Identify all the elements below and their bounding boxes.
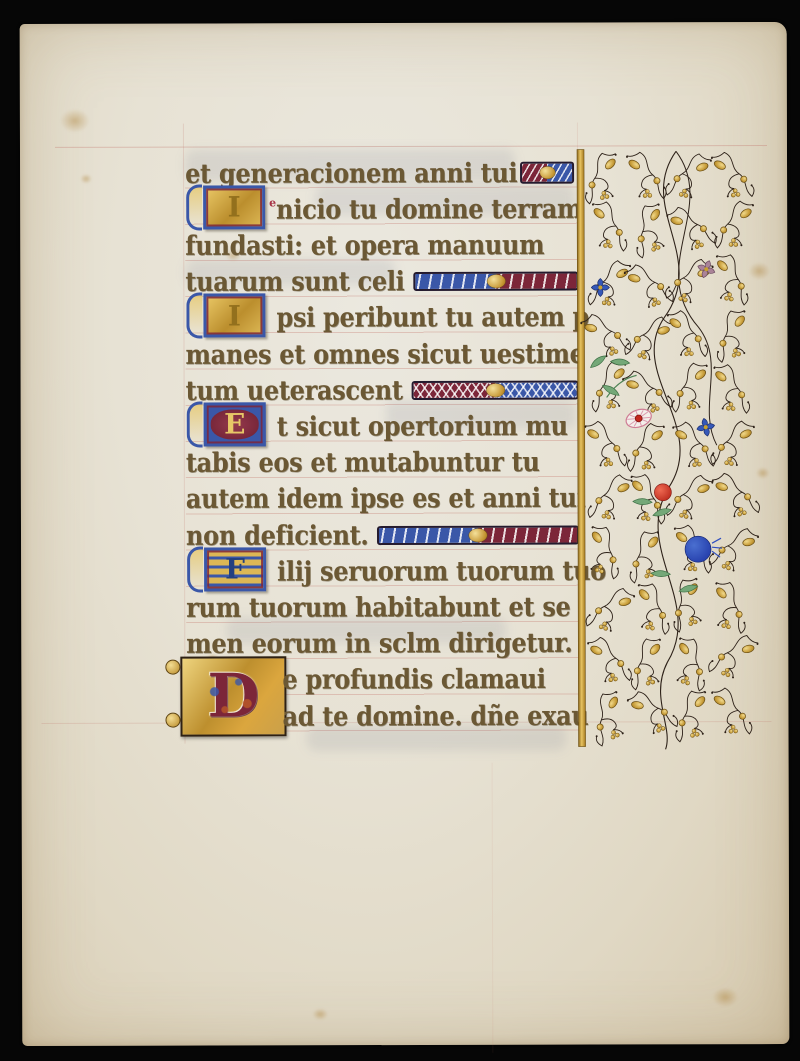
line-text: rum tuorum habitabunt et se: [186, 590, 570, 623]
green-leaf: [610, 357, 630, 368]
line-text: e profundis clamaui: [282, 662, 545, 695]
guide-letter: e: [269, 196, 276, 209]
line-text: tum ueterascent: [186, 373, 403, 406]
text-line: Et sicut opertorium mu: [186, 408, 579, 445]
line-text: men eorum in sclm dirigetur.: [186, 626, 572, 659]
illuminated-initial: E: [204, 402, 266, 446]
text-line: fundasti: et opera manuum: [185, 227, 578, 264]
line-text: ilij seruorum tuorum tuo: [277, 554, 606, 587]
floral-border: [576, 145, 768, 753]
line-text: tuarum sunt celi: [185, 265, 404, 298]
green-leaf: [633, 497, 653, 507]
green-leaf: [652, 508, 672, 517]
line-text: manes et omnes sicut uestime: [185, 337, 584, 371]
blue-flower: [591, 278, 609, 296]
line-text: nicio tu domine terram: [276, 192, 582, 225]
illuminated-initial: Ie: [203, 185, 265, 229]
line-filler-ornament: [412, 380, 579, 399]
photo-background: et generacionem anni tuiIenicio tu domin…: [0, 0, 800, 1061]
blue-flower: [695, 417, 716, 438]
line-text: non deficient.: [186, 518, 369, 551]
illuminated-initial-large: D: [180, 656, 286, 736]
manuscript-leaf: et generacionem anni tuiIenicio tu domin…: [20, 22, 790, 1046]
line-text: fundasti: et opera manuum: [185, 228, 544, 261]
foxing-spot: [712, 987, 738, 1007]
text-line: rum tuorum habitabunt et se: [186, 589, 579, 626]
text-line: autem idem ipse es et anni tui: [186, 480, 579, 517]
ruling-line-vertical: [492, 763, 494, 1053]
text-line: De profundis clamaui: [186, 661, 579, 698]
green-leaf: [588, 354, 608, 369]
foxing-spot: [312, 1008, 328, 1020]
foxing-spot: [80, 174, 92, 184]
line-filler-ornament: [413, 272, 578, 291]
line-text: et generacionem anni tui: [185, 156, 517, 189]
initial-letter: I: [206, 297, 262, 335]
line-text: autem idem ipse es et anni tui: [186, 481, 586, 515]
line-text: ad te domine. dñe exau: [282, 699, 588, 732]
initial-foliage-ornament: [190, 666, 276, 726]
line-text: tabis eos et mutabuntur tu: [186, 445, 540, 478]
red-berry: [654, 484, 671, 501]
initial-letter: E: [207, 405, 263, 443]
text-line: tabis eos et mutabuntur tu: [186, 444, 579, 481]
text-line: manes et omnes sicut uestime: [185, 336, 578, 373]
illuminated-initial: F: [204, 547, 266, 591]
initial-letter: I: [206, 188, 262, 226]
text-line: Filij seruorum tuorum tuo: [186, 553, 579, 590]
text-block: et generacionem anni tuiIenicio tu domin…: [185, 155, 580, 761]
initial-letter: F: [207, 550, 263, 588]
vine-spine: [654, 151, 681, 749]
blue-berry: [685, 536, 711, 562]
line-filler-ornament: [377, 525, 579, 545]
line-text: psi peribunt tu autem p: [276, 300, 589, 333]
illuminated-initial: I: [203, 294, 265, 338]
text-line: Ipsi peribunt tu autem p: [185, 299, 578, 336]
foxing-spot: [60, 109, 90, 133]
line-filler-ornament: [520, 162, 574, 184]
text-line: Ienicio tu domine terram: [185, 191, 578, 228]
gold-bar: [577, 150, 586, 747]
line-text: t sicut opertorium mu: [277, 409, 568, 442]
daisy-flower: [624, 406, 654, 431]
